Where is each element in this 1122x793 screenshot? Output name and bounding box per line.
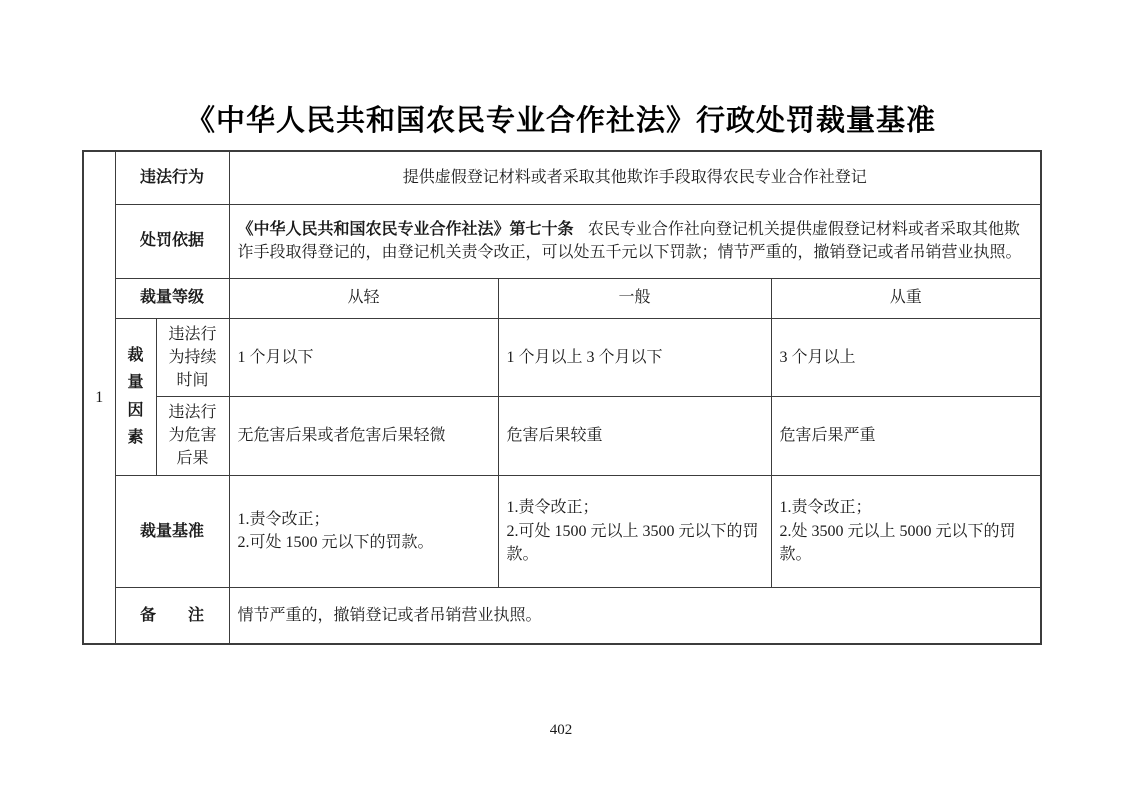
document-page: 《中华人民共和国农民专业合作社法》行政处罚裁量基准 1 违法行为 提供虚假登记材… [0,0,1122,793]
label-remark: 备 注 [115,587,229,644]
label-discretion-standard: 裁量基准 [115,475,229,587]
label-penalty-basis: 处罚依据 [115,204,229,278]
cell-duration-normal: 1 个月以上 3 个月以下 [498,318,771,397]
row-penalty-basis: 处罚依据 《中华人民共和国农民专业合作社法》第七十条农民专业合作社向登记机关提供… [83,204,1041,278]
standard-normal-line2: 2.可处 1500 元以上 3500 元以下的罚款。 [507,520,763,566]
cell-level-heavy: 从重 [771,278,1041,318]
cell-duration-light: 1 个月以下 [229,318,498,397]
penalty-discretion-table: 1 违法行为 提供虚假登记材料或者采取其他欺诈手段取得农民专业合作社登记 处罚依… [82,150,1042,645]
cell-standard-light: 1.责令改正； 2.可处 1500 元以下的罚款。 [229,475,498,587]
law-reference: 《中华人民共和国农民专业合作社法》第七十条 [238,221,588,238]
standard-heavy-line2: 2.处 3500 元以上 5000 元以下的罚款。 [780,520,1033,566]
label-illegal-act: 违法行为 [115,151,229,204]
cell-illegal-act-value: 提供虚假登记材料或者采取其他欺诈手段取得农民专业合作社登记 [229,151,1041,204]
cell-remark-value: 情节严重的，撤销登记或者吊销营业执照。 [229,587,1041,644]
page-title: 《中华人民共和国农民专业合作社法》行政处罚裁量基准 [0,98,1122,139]
label-discretion-factors: 裁量因素 [115,318,156,475]
row-remark: 备 注 情节严重的，撤销登记或者吊销营业执照。 [83,587,1041,644]
row-discretion-standard: 裁量基准 1.责令改正； 2.可处 1500 元以下的罚款。 1.责令改正； 2… [83,475,1041,587]
cell-consequence-light: 无危害后果或者危害后果轻微 [229,397,498,476]
cell-penalty-basis-value: 《中华人民共和国农民专业合作社法》第七十条农民专业合作社向登记机关提供虚假登记材… [229,204,1041,278]
label-discretion-level: 裁量等级 [115,278,229,318]
cell-consequence-normal: 危害后果较重 [498,397,771,476]
cell-standard-normal: 1.责令改正； 2.可处 1500 元以上 3500 元以下的罚款。 [498,475,771,587]
cell-standard-heavy: 1.责令改正； 2.处 3500 元以上 5000 元以下的罚款。 [771,475,1041,587]
row-illegal-act: 1 违法行为 提供虚假登记材料或者采取其他欺诈手段取得农民专业合作社登记 [83,151,1041,204]
row-factor-consequence: 违法行为危害后果 无危害后果或者危害后果轻微 危害后果较重 危害后果严重 [83,397,1041,476]
page-number: 402 [0,722,1122,739]
cell-duration-heavy: 3 个月以上 [771,318,1041,397]
label-factor-duration: 违法行为持续时间 [156,318,229,397]
row-number-cell: 1 [83,151,115,644]
standard-light-line1: 1.责令改正； [238,508,490,531]
discretion-factors-text: 裁量因素 [127,342,145,451]
standard-heavy-line1: 1.责令改正； [780,496,1033,519]
standard-light-line2: 2.可处 1500 元以下的罚款。 [238,531,490,554]
row-factor-duration: 裁量因素 违法行为持续时间 1 个月以下 1 个月以上 3 个月以下 3 个月以… [83,318,1041,397]
cell-level-light: 从轻 [229,278,498,318]
row-discretion-level: 裁量等级 从轻 一般 从重 [83,278,1041,318]
label-factor-consequence: 违法行为危害后果 [156,397,229,476]
cell-consequence-heavy: 危害后果严重 [771,397,1041,476]
standard-normal-line1: 1.责令改正； [507,496,763,519]
cell-level-normal: 一般 [498,278,771,318]
